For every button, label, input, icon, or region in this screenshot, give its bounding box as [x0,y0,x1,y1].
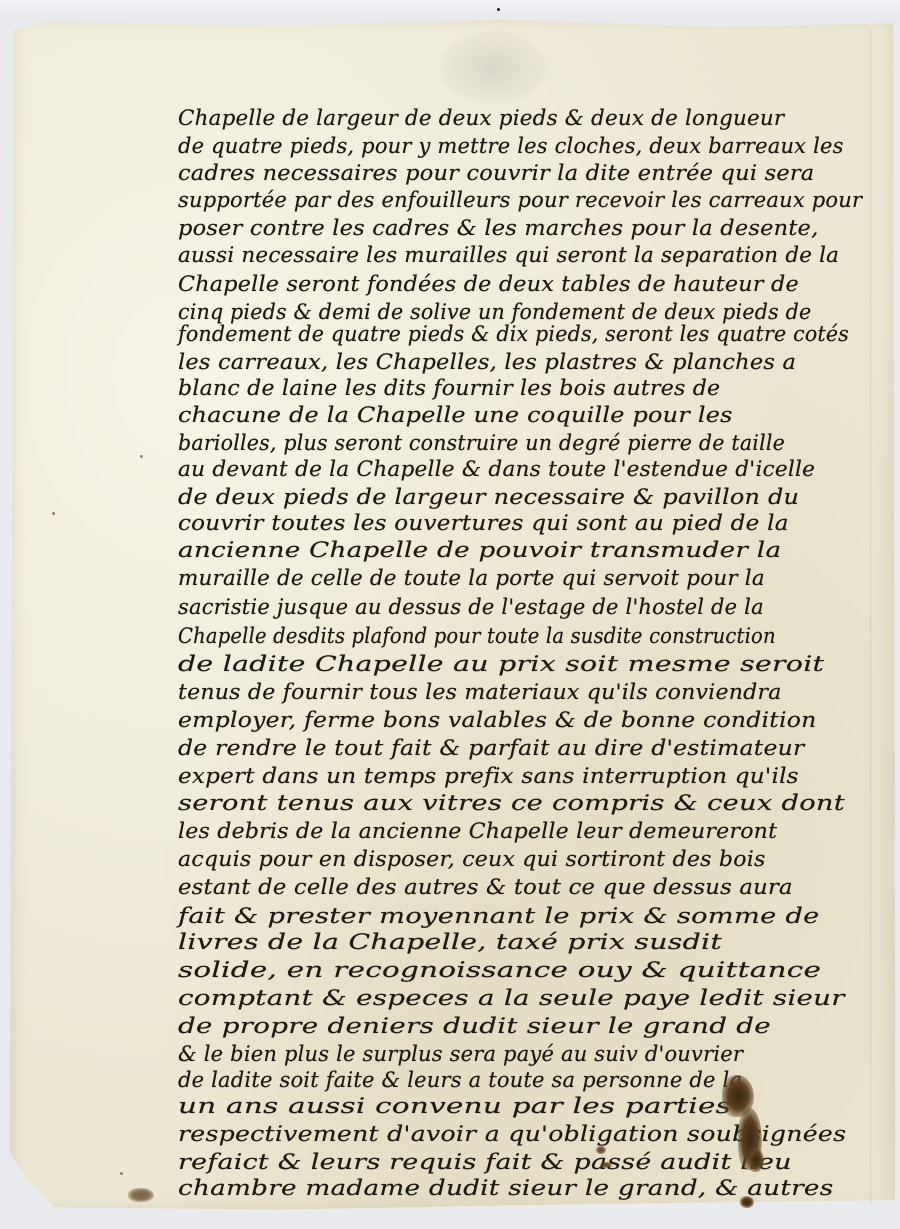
ink-stain [740,1196,754,1208]
text-line: de propre deniers dudit sieur le grand d… [178,1014,771,1038]
text-line: chacune de la Chapelle une coquille pour… [178,403,733,427]
text-line: employer, ferme bons valables & de bonne… [178,708,816,732]
text-line: sacristie jusque au dessus de l'estage d… [178,595,764,619]
text-line: cinq pieds & demi de solive un fondement… [178,300,811,324]
text-line: cadres necessaires pour couvrir la dite … [178,161,814,185]
text-line: livres de la Chapelle, taxé prix susdit [178,930,722,954]
text-line: fait & prester moyennant le prix & somme… [178,904,820,928]
text-line: Chapelle seront fondées de deux tables d… [178,272,799,296]
text-line: couvrir toutes les ouvertures qui sont a… [178,511,789,535]
text-line: expert dans un temps prefix sans interru… [178,764,799,788]
text-line: solide, en recognoissance ouy & quittanc… [178,958,821,982]
text-line: Chapelle desdits plafond pour toute la s… [178,624,776,648]
scanner-speck [497,8,500,11]
text-line: fondement de quatre pieds & dix pieds, s… [178,322,849,346]
text-line: estant de celle des autres & tout ce que… [178,875,793,899]
text-line: les debris de la ancienne Chapelle leur … [178,819,777,843]
text-line: & le bien plus le surplus sera payé au s… [178,1042,743,1066]
ink-speck [600,1162,612,1168]
ink-speck [596,1146,606,1154]
ink-stain [748,1148,764,1172]
text-line: Chapelle de largeur de deux pieds & deux… [178,106,784,130]
text-line: de ladite soit faite & leurs a toute sa … [178,1068,742,1092]
text-line: de ladite Chapelle au prix soit mesme se… [178,652,824,676]
text-line: supportée par des enfouilleurs pour rece… [178,188,862,212]
faded-stamp [438,30,548,105]
text-line: poser contre les cadres & les marches po… [178,216,818,240]
text-line: comptant & especes a la seule paye ledit… [178,986,845,1010]
text-line: bariolles, plus seront construire un deg… [178,431,785,455]
text-line: seront tenus aux vitres ce compris & ceu… [178,791,845,815]
text-line: acquis pour en disposer, ceux qui sortir… [178,847,765,871]
text-line: blanc de laine les dits fournir les bois… [178,376,720,400]
text-line: chambre madame dudit sieur le grand, & a… [178,1176,833,1200]
text-line: de deux pieds de largeur necessaire & pa… [178,485,799,509]
text-line: un ans aussi convenu par les parties [178,1094,731,1118]
text-line: au devant de la Chapelle & dans toute l'… [178,457,815,481]
text-line: muraille de celle de toute la porte qui … [178,566,765,590]
scanner-background [0,0,900,22]
text-line: de rendre le tout fait & parfait au dire… [178,736,804,760]
text-line: aussi necessaire les murailles qui seron… [178,243,839,267]
text-line: de quatre pieds, pour y mettre les cloch… [178,134,844,158]
ink-stain [128,1188,154,1202]
page-fold-edge [870,30,872,1205]
text-line: les carreaux, les Chapelles, les plastre… [178,350,796,374]
paper-speck [120,1172,123,1175]
paper-speck [140,455,143,458]
text-line: ancienne Chapelle de pouvoir transmuder … [178,538,781,562]
text-line: tenus de fournir tous les materiaux qu'i… [178,680,782,704]
paper-speck [52,512,55,515]
text-line: refaict & leurs requis fait & passé audi… [178,1150,792,1174]
